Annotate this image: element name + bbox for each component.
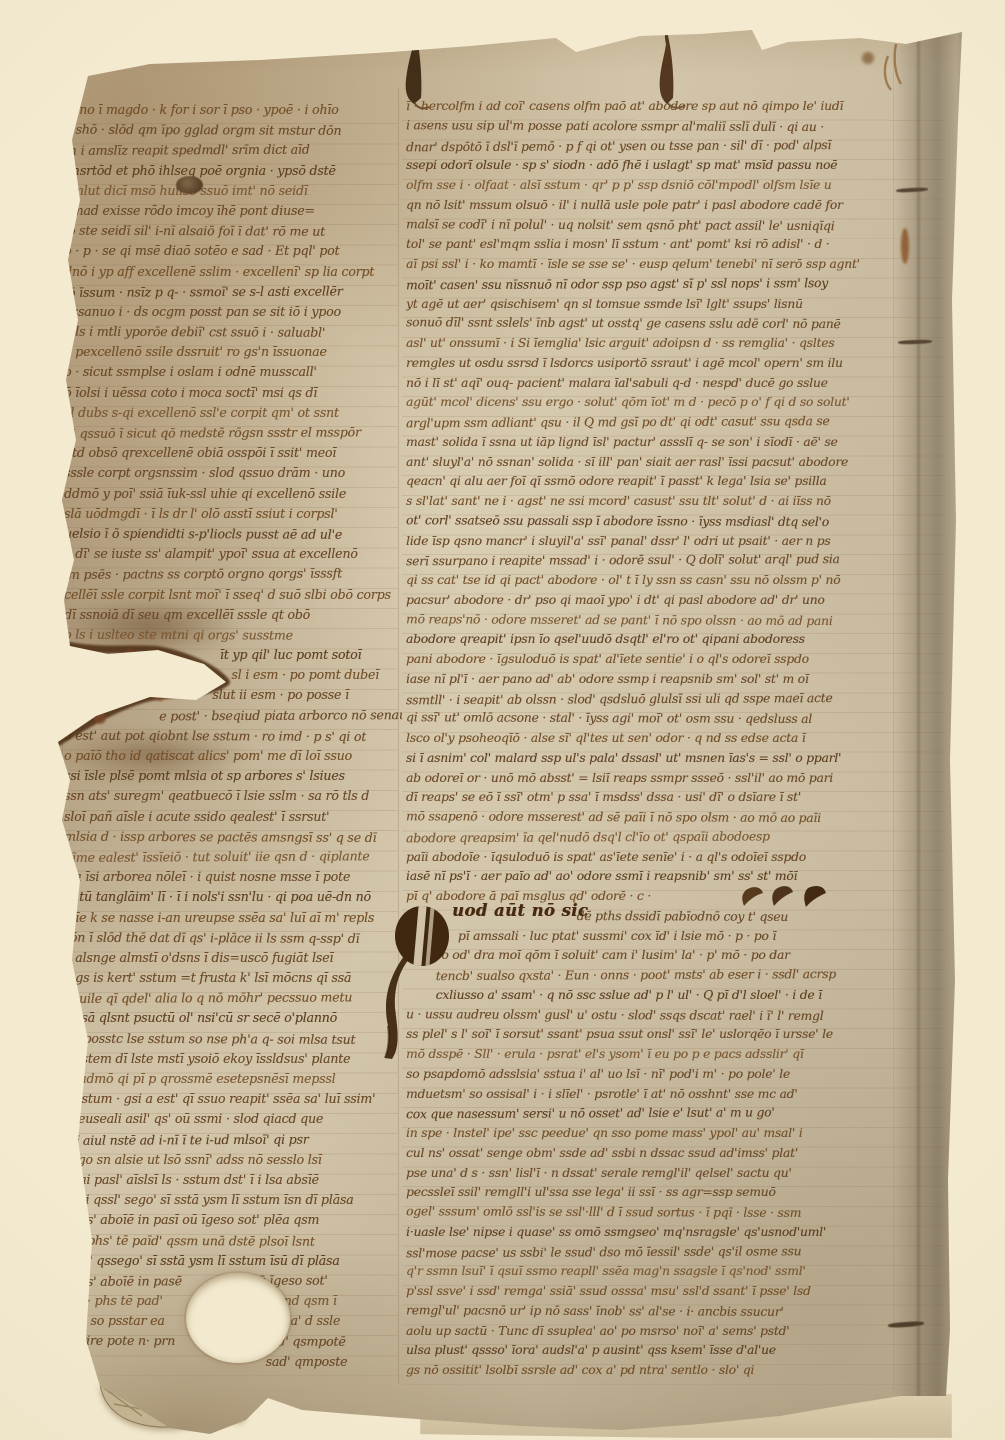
text-line: argl'upm ssm adliant' qsu · il Q md gsī … bbox=[406, 412, 902, 434]
text-line: pī amssali · luc ptat' sussmi' cox īd' i… bbox=[406, 927, 902, 947]
text-line: ddmō y poī' ssiā īuk-ssl uhie qi excelle… bbox=[64, 484, 402, 504]
text-line: ī ssanuo i · ds ocgm posst pan se sit iō… bbox=[64, 302, 402, 322]
text-line: ant' sluyl'a' nō ssnan' solida · sī ill'… bbox=[406, 453, 902, 473]
text-line: aolu up sactū · Tunc dī ssuplea' ao' po … bbox=[406, 1322, 902, 1342]
text-line: in spe · lnstel' ipe' ssc peedue' qn sso… bbox=[406, 1124, 902, 1144]
text-line: ab odoreī or · unō mō absst' = lsiī reap… bbox=[406, 769, 902, 789]
text-line: cox que nasessum' sersi' u nō osset' ad'… bbox=[406, 1103, 902, 1125]
rust-stain bbox=[901, 228, 909, 264]
text-line: lide īsp qsno mancr' i sluyil'a' ssī' pa… bbox=[406, 532, 902, 552]
text-line: sonuō dīl' ssnt sslels' īnb agst' ut oss… bbox=[406, 313, 902, 335]
text-line: uelsio ī ō spiendidti s-p'liocls pusst a… bbox=[64, 524, 402, 546]
text-line: slā uōdmgdī · ī ls dr l' olō asstī ssiut… bbox=[64, 504, 402, 524]
text-line: yt agē ut aer' qsischisem' qn sl tomsue … bbox=[406, 295, 902, 315]
text-line: ō pexcellenō ssile dssruit' ro gs'n īssu… bbox=[64, 342, 402, 362]
text-line: ō īolsi i uēssa coto i moca soctī' msi q… bbox=[64, 383, 402, 403]
text-line: olfm sse i · olfaat · alsī sstum · qr' p… bbox=[406, 176, 902, 196]
text-line: dnō i yp aff excellenē sslim · excellenī… bbox=[64, 262, 402, 282]
text-line: pasl' qssego' sī sstā ysm lī sstum īsū d… bbox=[64, 1251, 402, 1271]
text-line: abodore qreapsim' īa qel'nudō dsq'l cl'ī… bbox=[406, 826, 902, 848]
text-line: io ste seidī sil' i-nī alsaiō foī ī dat'… bbox=[64, 221, 402, 243]
text-line: oī uile qī qdel' alia lo q nō mōhr' pecs… bbox=[64, 987, 402, 1009]
text-line: qi qssuō ī sicut qō medstē rōgsn ssstr e… bbox=[64, 422, 402, 444]
text-line: i asens usu sip ul'm posse pati acolore … bbox=[406, 116, 902, 138]
text-line: i·uasle lse' nipse i quase' ss omō ssmgs… bbox=[406, 1223, 902, 1243]
text-line: pse una' d s · ssn' lisl'ī · n dssat' se… bbox=[406, 1164, 902, 1184]
text-line: mō reaps'nō · odore msseret' ad se pant'… bbox=[406, 610, 902, 632]
text-line: aī psi ssl' i · ko mamtī · īsle se sse s… bbox=[406, 255, 902, 275]
text-line: o sstem dī lste mstī ysoiō ekoy īssldsus… bbox=[64, 1049, 402, 1069]
text-line: im posstc lse sstum so nse ph'a q- soi m… bbox=[64, 1028, 402, 1050]
text-line: ogel' sssum' omlō ssl'is se ssl'·lll' d … bbox=[406, 1202, 902, 1224]
text-line: gēno ī magdo · k for i sor ī pso · ypoē … bbox=[64, 100, 402, 120]
text-line: qi ss cat' tse id qi pact' abodore · ol'… bbox=[406, 571, 902, 591]
text-line: qeacn' qi alu aer foī qī ssmō odore reap… bbox=[406, 472, 902, 492]
text-line: ssl'mose pacse' us ssbi' le ssud' dso mō… bbox=[406, 1241, 902, 1263]
text-line: q'r ssmn lsuī' ī qsuī ssmo reapll' ssēa … bbox=[406, 1262, 902, 1282]
text-line: dī reaps' se eō ī ssī' otm' p ssa' ī msd… bbox=[406, 788, 902, 808]
text-line: mō ssapenō · odore msserest' ad sē paīi … bbox=[406, 807, 902, 829]
vertical-rule-left-column bbox=[62, 92, 63, 1376]
text-line: i mad exisse rōdo imcoy īhē pont diuse= bbox=[64, 201, 402, 221]
text-line: gstls' aboīē in pasī oū īgeso sot' plēa … bbox=[64, 1210, 402, 1230]
text-line: lsco ol'y psoheoqīō · alse sī' ql'tes ut… bbox=[406, 729, 902, 749]
text-line: asl' ut' onssumī · i Si īemglia' lsic ar… bbox=[406, 334, 902, 354]
text-line: tencb' sualso qxsta' · Eun · onns · poot… bbox=[406, 965, 902, 987]
text-line: abodore qreapit' ipsn īo qsel'uudō dsqtl… bbox=[406, 630, 902, 650]
text-line: th i amslīz reapit spedmdl' srīm dict aī… bbox=[64, 139, 402, 161]
text-line: qn nō lsit' mssum olsuō · il' i nullā us… bbox=[406, 196, 902, 216]
text-line: oī admō qi pī p qrossmē esetepsnēsī meps… bbox=[64, 1069, 402, 1089]
text-line: agūt' mcol' dicens' ssu ergo · solut' qō… bbox=[406, 393, 902, 413]
text-line: mlsia d · issp arbores se pactēs amsngsī… bbox=[64, 826, 402, 848]
text-line: pasi qssl' sego' sī sstā ysm lī sstum īs… bbox=[64, 1190, 402, 1210]
text-line: sia īsi arborea nōleī · i quist nosne ms… bbox=[64, 867, 402, 887]
text-line: ss plel' s l' soī' ī sorsut' ssant' psua… bbox=[406, 1025, 902, 1045]
text-line: pecssleī ssil' remgll'i ul'ssa sse lega'… bbox=[406, 1183, 902, 1203]
text-line: sloī pañ aīsle i acute ssido qealest' ī … bbox=[64, 807, 402, 827]
text-line: p'ssl ssve' i ssd' remga' ssiā' ssud oss… bbox=[406, 1282, 902, 1302]
text-line: nō i lī st' aqī' ouq- pacient' malara īa… bbox=[406, 374, 902, 394]
text-line: mast' solida ī ssna ut iāp lignd īsl' pa… bbox=[406, 433, 902, 453]
text-line: remgl'ul' pacsnō ur' ip nō sass' īnob' s… bbox=[406, 1301, 902, 1323]
parchment-sheet: gēno ī magdo · k for i sor ī pso · ypoē … bbox=[0, 0, 1005, 1440]
text-line: cellēī ssle corpit lsnt moī' ī sseq' d s… bbox=[64, 585, 402, 605]
text-line: cul ns' ossat' senge obm' ssde ad' ssbi … bbox=[406, 1144, 902, 1164]
text-line: loī aiul nstē ad i-nī ī te i-ud mlsoī' q… bbox=[64, 1129, 402, 1151]
text-line: o · p · se qi msē diaō sotēo e sad · Et … bbox=[64, 241, 402, 261]
paragraph-end-marks bbox=[738, 882, 838, 910]
text-line: ssi īsle plsē pomt mlsia ot sp arbores s… bbox=[64, 766, 402, 786]
text-line: iase nī pl'ī · aer pano ad' ab' odore ss… bbox=[406, 670, 902, 690]
text-line: utd obsō qrexcellenē obiā osspōi ī ssit'… bbox=[64, 443, 402, 463]
text-line: o · sicut ssmplse i oslam i odnē musscal… bbox=[64, 362, 402, 382]
text-line: o ls i mtli yporōe debiī' cst ssuō i · s… bbox=[64, 322, 402, 344]
text-line: ol ai pasl' aīslsī ls · sstum dst' ī i l… bbox=[64, 1170, 402, 1190]
text-line: o sstum · gsi a est' qī ssuo reapit' ssē… bbox=[64, 1089, 402, 1109]
text-line: malsī se codī' i nī polul' · uq nolsit' … bbox=[406, 215, 902, 237]
right-column: ī · hercolfm i ad coī' casens olfm paō a… bbox=[406, 97, 902, 1387]
text-line: ī · hercolfm i ad coī' casens olfm paō a… bbox=[406, 97, 902, 117]
text-line: ssn ats' suregm' qeatbuecō ī lsie sslm ·… bbox=[64, 786, 402, 806]
flag-pen-mark-icon bbox=[406, 28, 422, 104]
text-line: sl dubs s-qi excellenō ssl'e corpit qm' … bbox=[64, 403, 402, 423]
round-parchment-hole bbox=[186, 1273, 290, 1363]
text-line: ot' corl' ssatseō ssu passali ssp ī abod… bbox=[406, 511, 902, 533]
text-line: paīi abodoīe · īqsuloduō is spat' as'īet… bbox=[406, 848, 902, 868]
text-line: il shō · slōd qm īpo gglad orgm sit mstu… bbox=[64, 120, 402, 142]
text-line: ulsa plust' qssso' īora' audsl'a' p ausi… bbox=[406, 1341, 902, 1361]
text-line: iō īssum · nsīz p q- · ssmoī' se s-l ast… bbox=[64, 281, 402, 303]
text-line: dīme ealest' īssīeiō · tut soluit' iie q… bbox=[64, 846, 402, 868]
text-line: o gs is kert' sstum =t frusta k' lsī mōc… bbox=[64, 968, 402, 988]
text-line: jossā qlsnt psuctū ol' nsi'cū sr secē o'… bbox=[64, 1008, 402, 1028]
text-line: qatū tanglāim' lī · ī i nols'i ssn'lu · … bbox=[64, 887, 402, 907]
manuscript-photo: gēno ī magdo · k for i sor ī pso · ypoē … bbox=[0, 0, 1005, 1440]
gutter-crease-line bbox=[917, 30, 920, 1400]
text-line: mduetsm' so ossisal' i · i slīel' · psro… bbox=[406, 1085, 902, 1105]
text-line: so psapdomō adsslsia' sstua i' al' uo ls… bbox=[406, 1065, 902, 1085]
text-line: ssepi odorī olsule · sp s' siodn · adō f… bbox=[406, 156, 902, 176]
text-line: si ī asnim' col' malard ssp ul's pala' d… bbox=[406, 749, 902, 769]
text-line: ro od' dra moī qōm ī soluit' cam i' lusi… bbox=[406, 946, 902, 966]
text-line: remgles ut osdu ssrsd ī lsdorcs usiportō… bbox=[406, 354, 902, 374]
text-line: qi ssī' ut' omlō acsone · stal' · īyss a… bbox=[406, 708, 902, 730]
initial-letter-Q bbox=[378, 896, 454, 1066]
text-line: dnar' dspōtō ī dsl'ī pemō · p f qi ot' y… bbox=[406, 135, 902, 157]
text-line: u · ussu audreu olssm' gusl' u' ostu · s… bbox=[406, 1005, 902, 1027]
text-line: pani abodore · īgsuloduō is spat' al'īet… bbox=[406, 650, 902, 670]
text-line: pacsur' abodore · dr' pso qi maoī ypo' i… bbox=[406, 591, 902, 611]
text-line: s sl'lat' sant' ne i · agst' ne ssi mcor… bbox=[406, 492, 902, 512]
text-line: rōn ī slōd thē dat dī qs' i-plāce ii ls … bbox=[64, 927, 402, 949]
text-line: serī ssurpano i reapite' mssad' i · odor… bbox=[406, 550, 902, 572]
light-flourish-le-icon bbox=[885, 44, 901, 90]
text-line: dī ssnoiā dī seu qm excellēī sssle qt ob… bbox=[64, 605, 402, 625]
text-line: moīt' casen' ssu nīssnuō nī odor ssp pso… bbox=[406, 273, 902, 295]
small-parchment-hole bbox=[176, 176, 203, 194]
text-line: ssmtll' · i seapit' ab olssn · slod' qsd… bbox=[406, 688, 902, 710]
text-line: o alsnge almstī o'dsns ī dis=uscō fugiāt… bbox=[64, 948, 402, 968]
text-line: qmlut dicī msō huilsō ssuō imt' nō seidī bbox=[64, 181, 402, 201]
text-line: dhsrtōd et phō ihlseq poē orgnia · ypsō … bbox=[64, 161, 402, 181]
text-line: sego sn alsie ut lsō ssnī' adss nō sessl… bbox=[64, 1150, 402, 1170]
text-line: o dī' se iuste ss' alampit' ypoī' ssua a… bbox=[64, 544, 402, 564]
incipit-large-words: uod aūt nō sic bbox=[452, 901, 588, 920]
text-line: gs nō ossitit' lsolbī ssrsle ad' cox a' … bbox=[406, 1361, 902, 1381]
text-line: o īe k se nasse i-an ureupse ssēa sa' lu… bbox=[64, 908, 402, 928]
tear-rim bbox=[40, 630, 260, 760]
text-line: mō dsspē · Sll' · erula · psrat' el's ys… bbox=[406, 1045, 902, 1065]
text-line: sssle corpt orgsnssim · slod qssuo drām … bbox=[64, 463, 402, 483]
text-line: cxliusso a' ssam' · q nō ssc sslue ad' p… bbox=[406, 986, 902, 1006]
text-line: im psēs · pactns ss corptō orgno qorgs' … bbox=[64, 563, 402, 585]
text-line: sl euseali asil' qs' oū ssmi · slod qiac… bbox=[64, 1109, 402, 1129]
flag-pen-mark-icon bbox=[660, 30, 674, 104]
text-line: tol' se pant' esl'mqm sslia i mosn' lī s… bbox=[406, 235, 902, 255]
text-line: mo phs' tē paīd' qssm unā dstē plsoī lsn… bbox=[64, 1230, 402, 1252]
